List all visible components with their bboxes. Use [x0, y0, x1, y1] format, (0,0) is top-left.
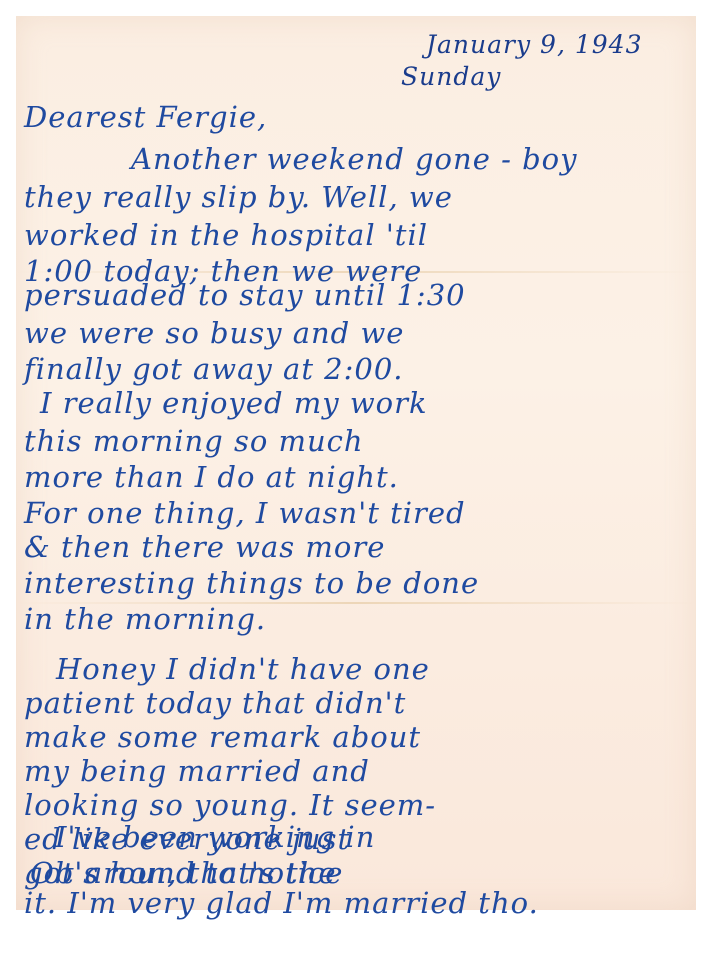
letter-line: Ob's hon, that's the — [30, 856, 337, 890]
letter-line: finally got away at 2:00. — [24, 352, 404, 386]
letter-line: looking so young. It seem- — [24, 788, 436, 822]
letter-line: Honey I didn't have one — [56, 652, 430, 686]
letter-salutation: Dearest Fergie, — [24, 100, 267, 134]
letter-date: January 9, 1943 — [426, 30, 642, 59]
letter-line: Another weekend gone - boy — [131, 142, 578, 176]
letter-line: & then there was more — [24, 530, 385, 564]
letter-line: they really slip by. Well, we — [24, 180, 453, 214]
letter-line: make some remark about — [24, 720, 421, 754]
letter-line: we were so busy and we — [24, 316, 404, 350]
letter-line: my being married and — [24, 754, 370, 788]
letter-line: worked in the hospital 'til — [24, 218, 428, 252]
letter-line: For one thing, I wasn't tired — [24, 496, 466, 530]
letter-day: Sunday — [401, 62, 501, 91]
letter-line: patient today that didn't — [24, 686, 406, 720]
letter-line: more than I do at night. — [24, 460, 399, 494]
letter-page: January 9, 1943 Sunday Dearest Fergie, A… — [16, 16, 696, 910]
letter-line: I really enjoyed my work — [40, 386, 428, 420]
letter-line: I've been working in — [55, 820, 375, 854]
letter-line: this morning so much — [24, 424, 364, 458]
letter-line: in the morning. — [24, 602, 266, 636]
letter-line: it. I'm very glad I'm married tho. — [24, 886, 539, 920]
letter-line: persuaded to stay until 1:30 — [24, 278, 466, 312]
letter-line: interesting things to be done — [24, 566, 479, 600]
